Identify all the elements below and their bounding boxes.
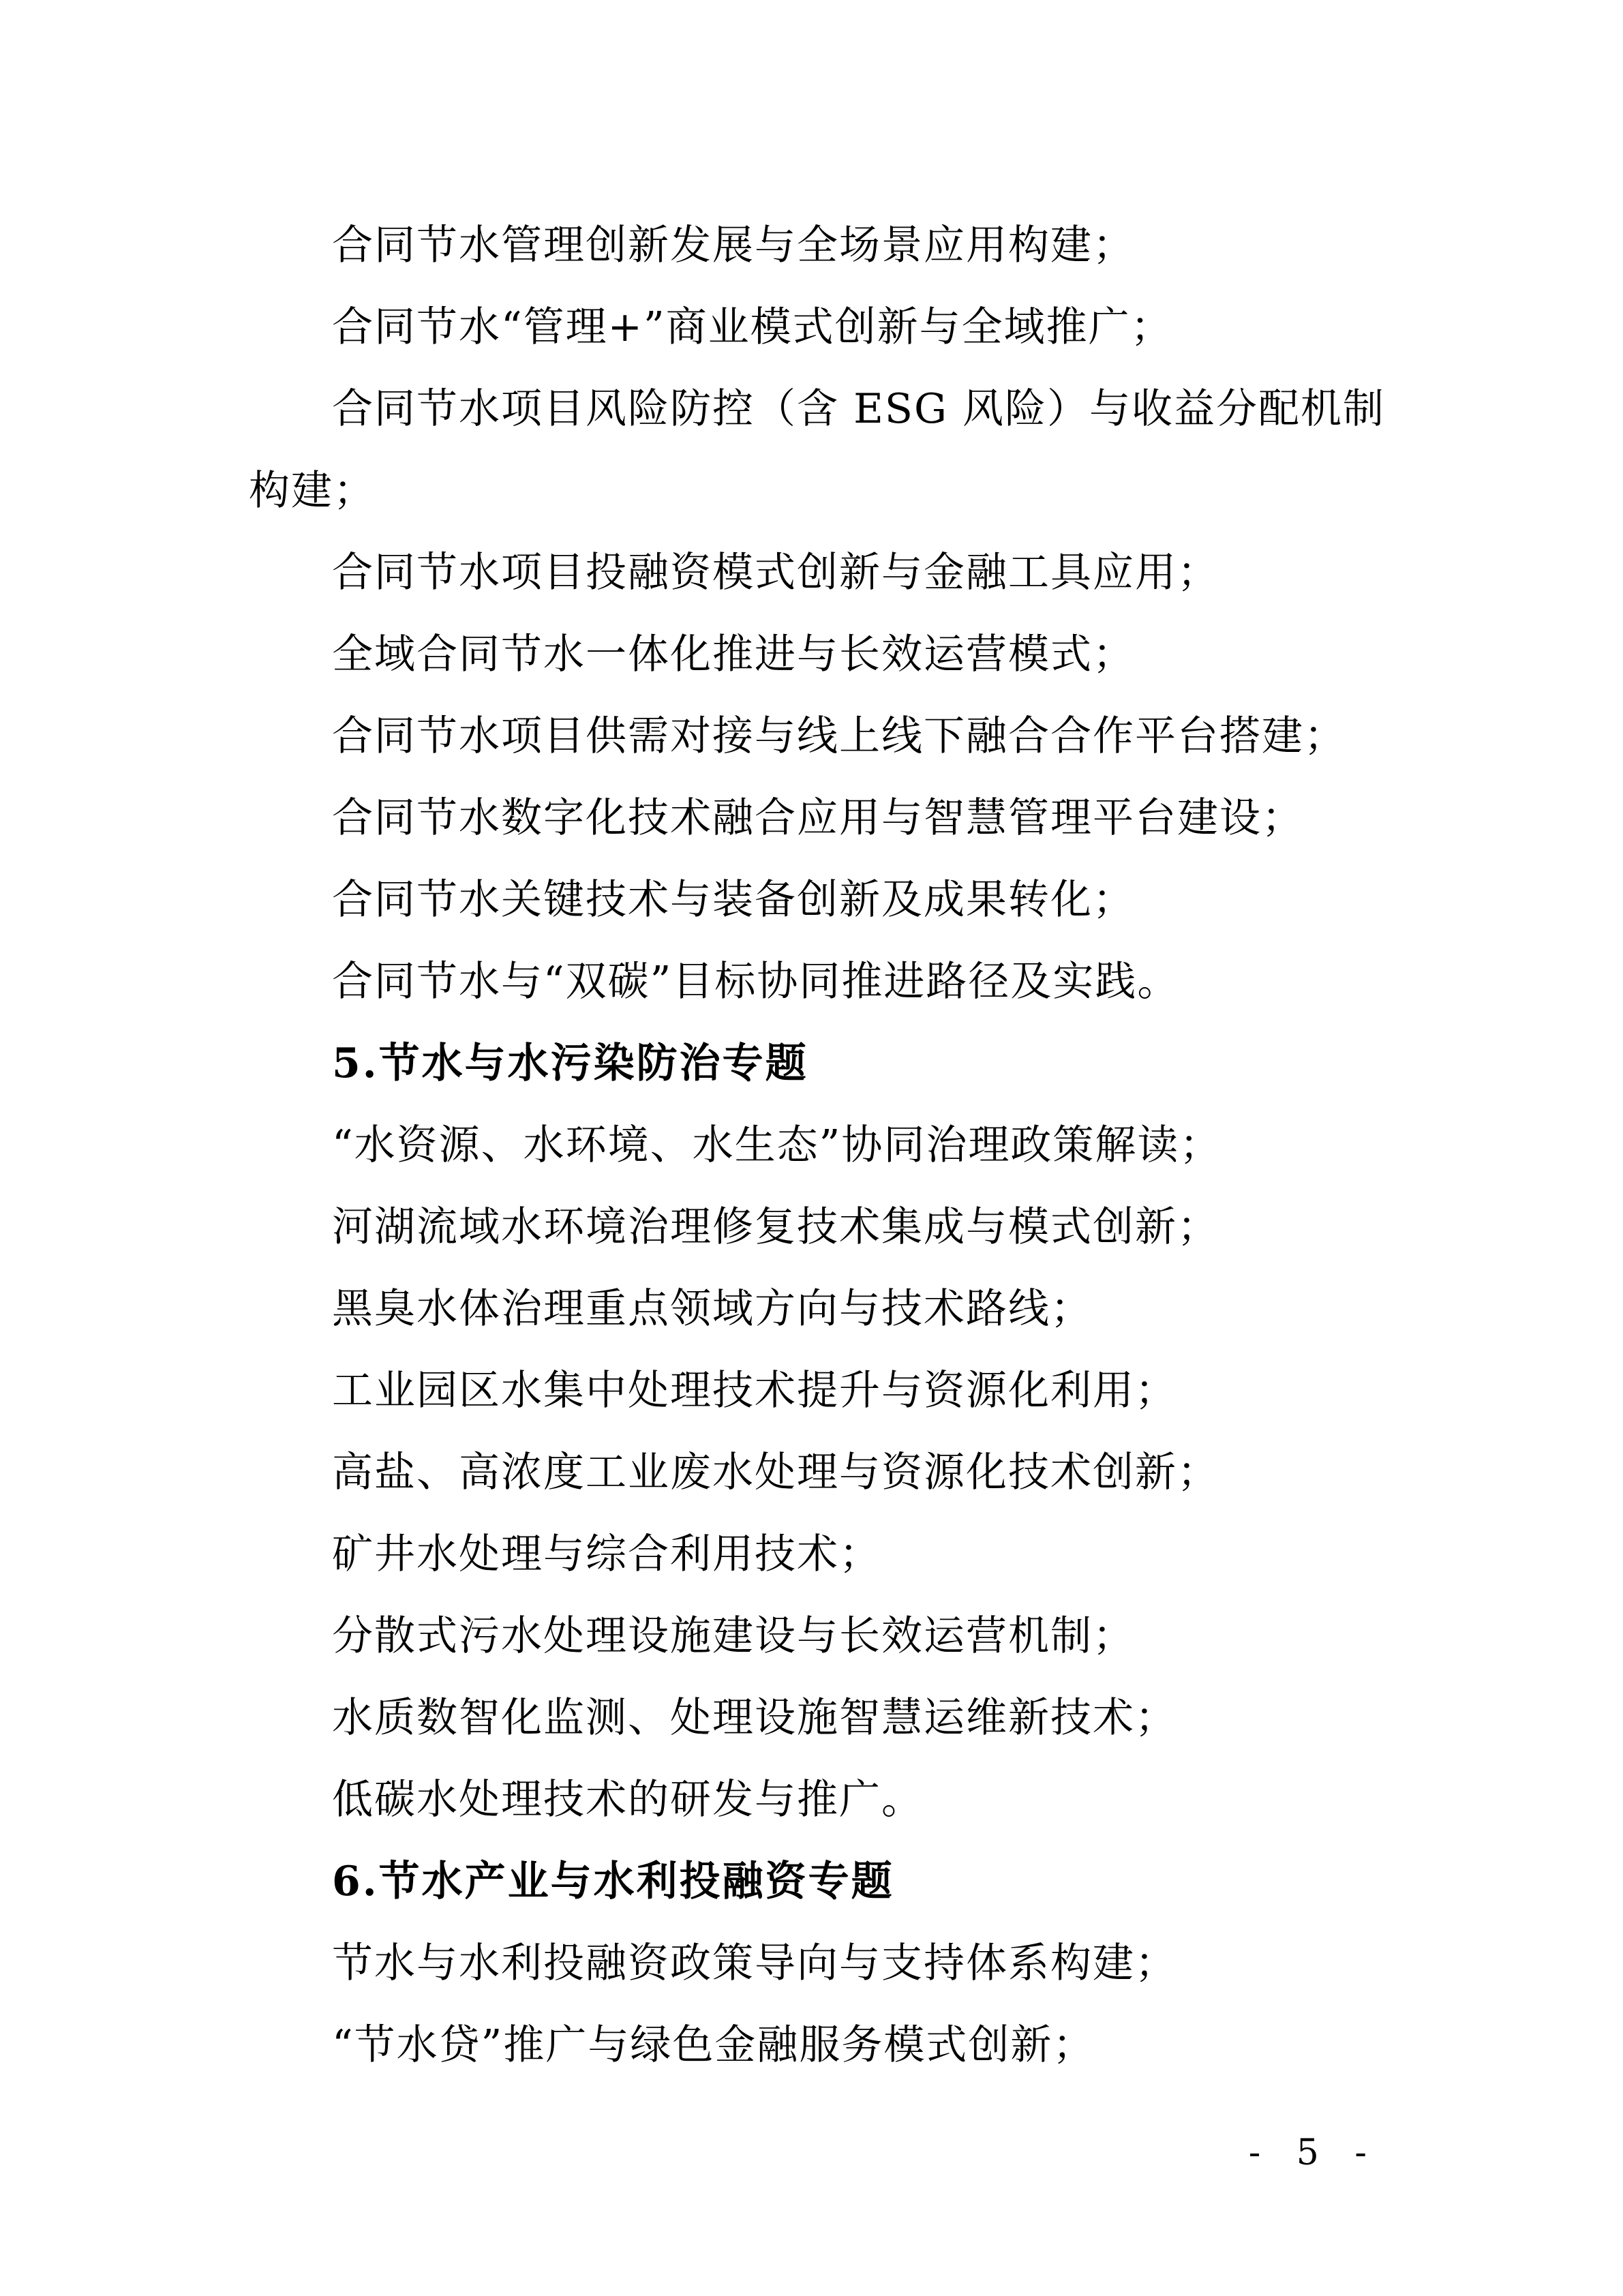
section-heading-5: 5.节水与水污染防治专题 (249, 1023, 1364, 1104)
body-line: 高盐、高浓度工业废水处理与资源化技术创新； (249, 1432, 1364, 1513)
body-line: 合同节水关键技术与装备创新及成果转化； (249, 859, 1364, 941)
document-body: 合同节水管理创新发展与全场景应用构建； 合同节水“管理+”商业模式创新与全域推广… (249, 205, 1364, 2086)
body-line: 合同节水项目风险防控（含 ESG 风险）与收益分配机制 (249, 368, 1364, 450)
body-line: 合同节水项目供需对接与线上线下融合合作平台搭建； (249, 695, 1364, 777)
body-line: “水资源、水环境、水生态”协同治理政策解读； (249, 1104, 1364, 1186)
body-line: 矿井水处理与综合利用技术； (249, 1513, 1364, 1595)
body-line: 低碳水处理技术的研发与推广。 (249, 1759, 1364, 1841)
body-line: 合同节水“管理+”商业模式创新与全域推广； (249, 286, 1364, 368)
body-line: 黑臭水体治理重点领域方向与技术路线； (249, 1268, 1364, 1350)
body-line: 水质数智化监测、处理设施智慧运维新技术； (249, 1677, 1364, 1759)
body-line: 分散式污水处理设施建设与长效运营机制； (249, 1595, 1364, 1677)
page-number: - 5 - (1249, 2132, 1374, 2173)
body-line: 合同节水管理创新发展与全场景应用构建； (249, 205, 1364, 286)
body-line: “节水贷”推广与绿色金融服务模式创新； (249, 2004, 1364, 2086)
body-line: 节水与水利投融资政策导向与支持体系构建； (249, 1922, 1364, 2004)
section-heading-6: 6.节水产业与水利投融资专题 (249, 1841, 1364, 1922)
body-line: 合同节水数字化技术融合应用与智慧管理平台建设； (249, 777, 1364, 859)
body-line: 工业园区水集中处理技术提升与资源化利用； (249, 1350, 1364, 1432)
body-line: 合同节水与“双碳”目标协同推进路径及实践。 (249, 941, 1364, 1023)
body-line: 河湖流域水环境治理修复技术集成与模式创新； (249, 1186, 1364, 1268)
body-line: 全域合同节水一体化推进与长效运营模式； (249, 614, 1364, 695)
document-page: 合同节水管理创新发展与全场景应用构建； 合同节水“管理+”商业模式创新与全域推广… (0, 0, 1623, 2296)
body-line-continuation: 构建； (249, 450, 1364, 532)
body-line: 合同节水项目投融资模式创新与金融工具应用； (249, 532, 1364, 614)
